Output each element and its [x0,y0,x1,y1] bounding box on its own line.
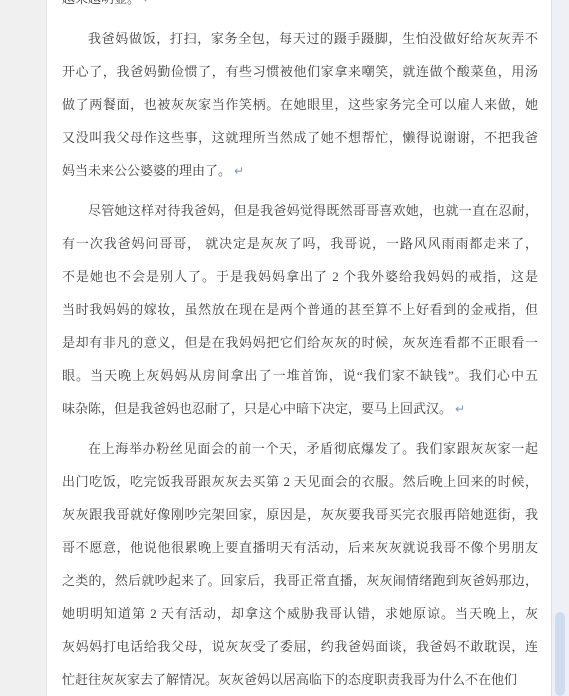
text-line: 是却有非凡的意义，但是在我妈妈把它们给灰灰的时候，灰灰连看都不正眼看一 [62,326,538,359]
text-line: 在上海举办粉丝见面会的前一个天，矛盾彻底爆发了。我们家跟灰灰家一起 [62,432,538,465]
document-content: 越来越明显。↵我爸妈做饭，打扫，家务全包，每天过的蹑手蹑脚，生怕没做好给灰灰弄不… [62,0,538,696]
left-gutter [0,0,46,696]
text-line: 我爸妈做饭，打扫，家务全包，每天过的蹑手蹑脚，生怕没做好给灰灰弄不 [62,22,538,55]
paragraph: 在上海举办粉丝见面会的前一个天，矛盾彻底爆发了。我们家跟灰灰家一起出门吃饭，吃完… [62,432,538,696]
paragraph: 尽管她这样对待我爸妈，但是我爸妈觉得既然哥哥喜欢她，也就一直在忍耐，有一次我爸妈… [62,194,538,425]
text-line: 开心了，我爸妈勤俭惯了，有些习惯被他们家拿来嘲笑，就连做个酸菜鱼，用汤 [62,55,538,88]
text-line: 又没叫我父母作这些事，这就理所当然成了她不想帮忙，懒得说谢谢，不把我爸 [62,121,538,154]
text-line: 不是她也不会是别人了。于是我妈妈拿出了 2 个我外婆给我妈妈的戒指，这是 [62,260,538,293]
text-line: 尽管她这样对待我爸妈，但是我爸妈觉得既然哥哥喜欢她，也就一直在忍耐， [62,194,538,227]
text-line: 她明明知道第 2 天有活动，却拿这个威胁我哥认错，求她原谅。当天晚上，灰 [62,597,538,630]
text-line: 妈当未来公公婆婆的理由了。↵ [62,154,538,187]
paragraph-mark-icon: ↵ [455,402,465,416]
text-line: 味杂陈，但是我爸妈也忍耐了，只是心中暗下决定，要马上回武汉。↵ [62,392,538,425]
text-line: 灰妈妈打电话给我父母，说灰灰受了委屈，约我爸妈面谈，我爸妈不敢耽误，连 [62,630,538,663]
scrollbar-track[interactable] [552,0,569,696]
text-line: 眼。当天晚上灰妈妈从房间拿出了一堆首饰，说“我们家不缺钱”。我们心中五 [62,359,538,392]
text-line: 忙赶往灰灰家去了解情况。灰灰爸妈以居高临下的态度职责我哥为什么不在他们 [62,663,538,696]
text-line: 当时我妈妈的嫁妆，虽然放在现在是两个普通的甚至算不上好看到的金戒指，但 [62,293,538,326]
text-line: 做了两餐面，也被灰灰家当作笑柄。在她眼里，这些家务完全可以雇人来做，她 [62,88,538,121]
document-viewport: 越来越明显。↵我爸妈做饭，打扫，家务全包，每天过的蹑手蹑脚，生怕没做好给灰灰弄不… [0,0,569,696]
text-line: 灰灰跟我哥就好像刚吵完架回家，原因是，灰灰要我哥买完衣服再陪她逛街，我 [62,498,538,531]
text-line: 出门吃饭，吃完饭我哥跟灰灰去买第 2 天见面会的衣服。然后晚上回来的时候， [62,465,538,498]
paragraph-mark-icon: ↵ [143,0,153,6]
text-line: 有一次我爸妈问哥哥， 就决定是灰灰了吗，我哥说，一路风风雨雨都走来了， [62,227,538,260]
paragraph-mark-icon: ↵ [234,164,244,178]
text-line: 之类的，然后就吵起来了。回家后，我哥正常直播，灰灰闹情绪跑到灰爸妈那边， [62,564,538,597]
text-line: 哥不愿意，他说他很累晚上要直播明天有活动，后来灰灰就说我哥不像个男朋友 [62,531,538,564]
paragraph: 越来越明显。↵ [62,0,538,15]
scrollbar-thumb[interactable] [555,612,565,696]
paragraph: 我爸妈做饭，打扫，家务全包，每天过的蹑手蹑脚，生怕没做好给灰灰弄不开心了，我爸妈… [62,22,538,187]
text-line: 越来越明显。↵ [62,0,538,15]
document-page: 越来越明显。↵我爸妈做饭，打扫，家务全包，每天过的蹑手蹑脚，生怕没做好给灰灰弄不… [46,0,552,696]
